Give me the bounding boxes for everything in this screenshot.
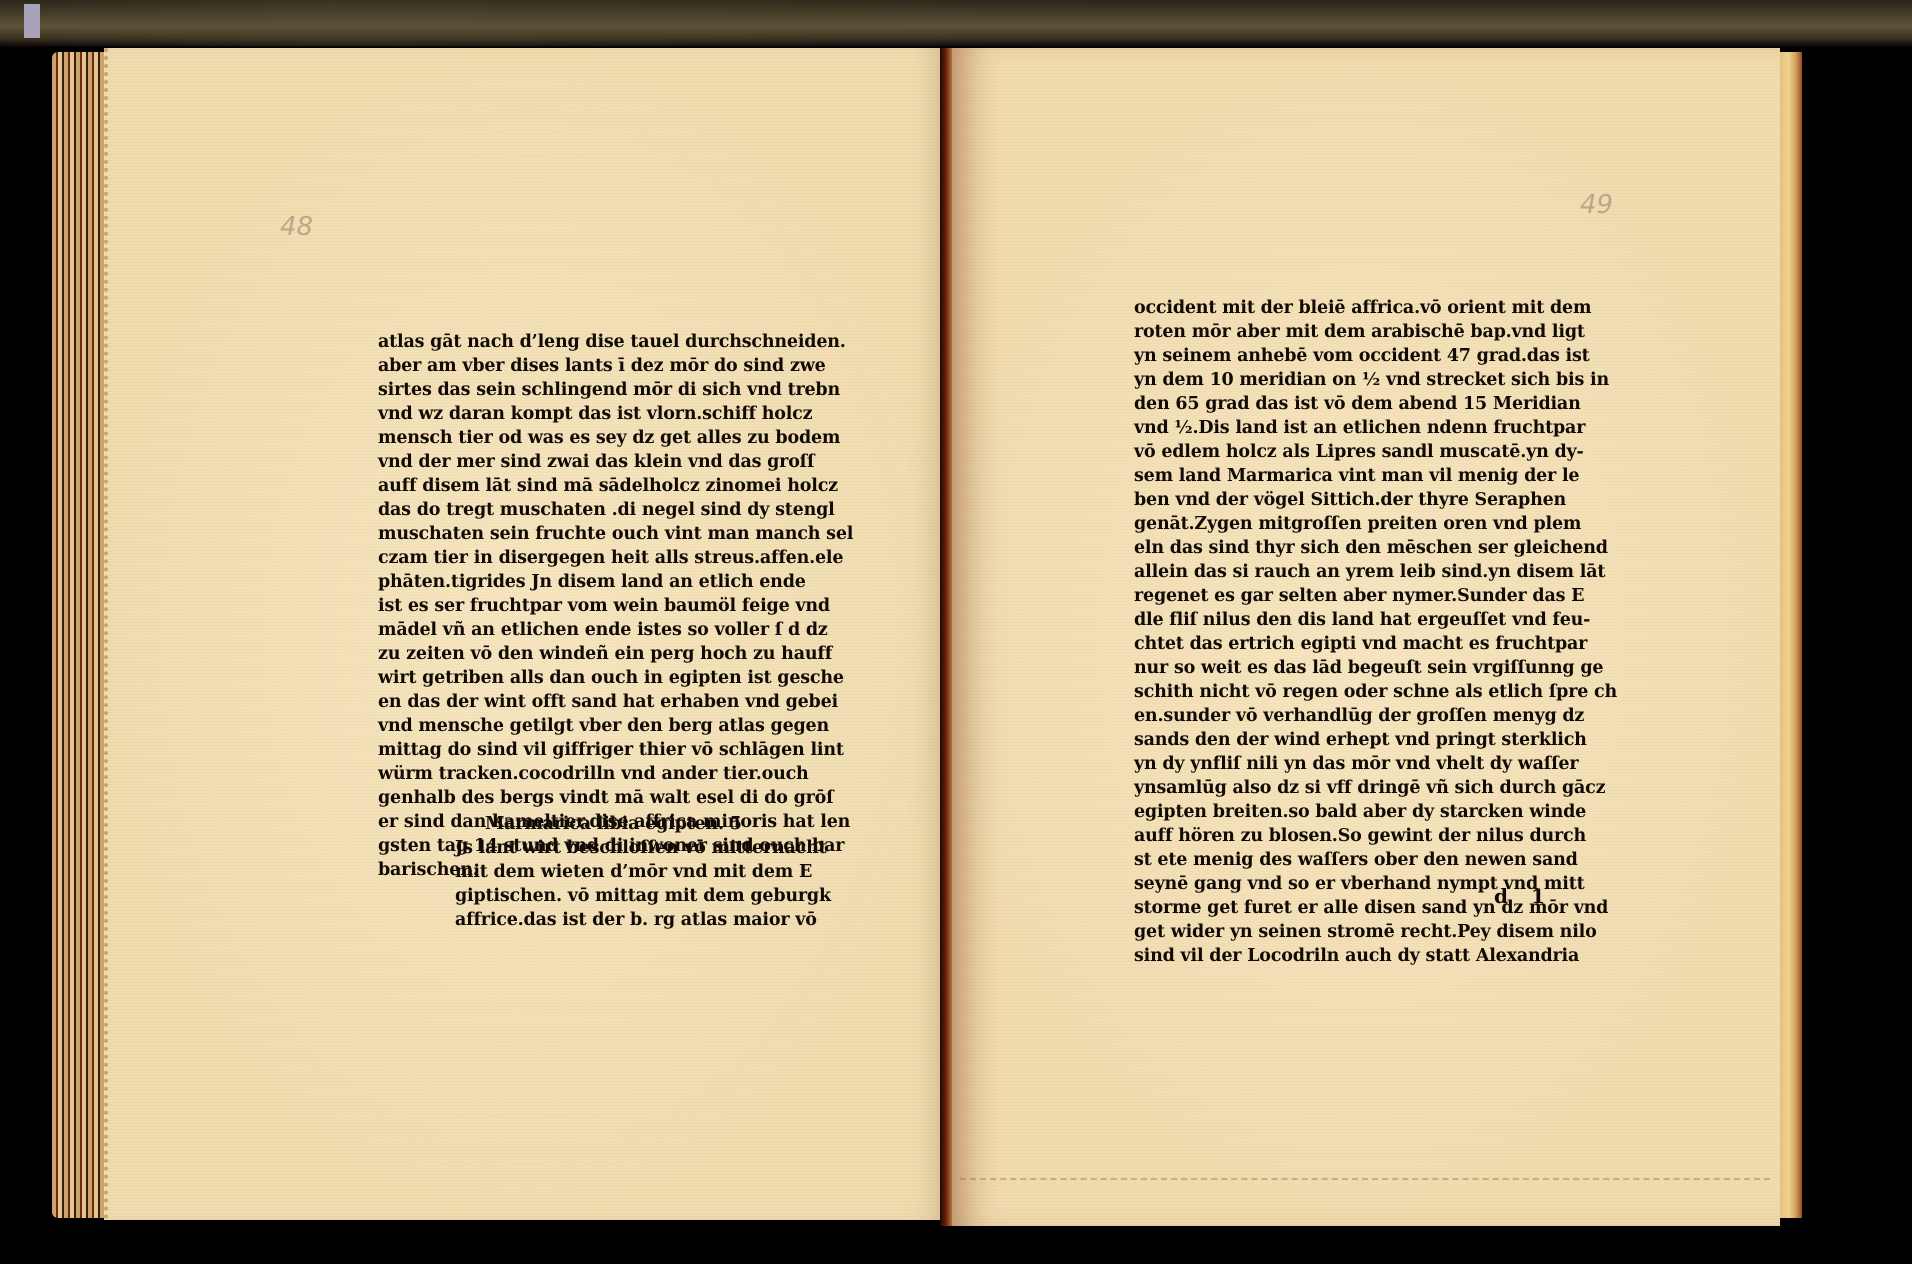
text-line: ben vnd der vögel Sittich.der thyre Sera… xyxy=(1134,488,1617,512)
text-line: occident mit der bleiē affrica.vō orient… xyxy=(1134,296,1617,320)
text-line: giptischen. vō mittag mit dem geburgk xyxy=(455,884,831,908)
text-line: phāten.tigrides Jn disem land an etlich … xyxy=(378,570,853,594)
text-line: dle fliſ nilus den dis land hat ergeuſſe… xyxy=(1134,608,1617,632)
section-heading: Marmarica libia egipten. 5 xyxy=(455,812,831,836)
text-line: chtet das ertrich egipti vnd macht es fr… xyxy=(1134,632,1617,656)
right-page-edges xyxy=(1780,52,1802,1218)
text-line: yn dem 10 meridian on ½ vnd strecket sic… xyxy=(1134,368,1617,392)
text-line: mensch tier od was es sey dz get alles z… xyxy=(378,426,853,450)
text-line: allein das si rauch an yrem leib sind.yn… xyxy=(1134,560,1617,584)
right-page-text-block: occident mit der bleiē affrica.vō orient… xyxy=(1134,296,1617,968)
text-line: genāt.Zygen mitgroſſen preiten oren vnd … xyxy=(1134,512,1617,536)
pencil-page-number-left: 48 xyxy=(280,212,313,242)
text-line: egipten breiten.so bald aber dy starcken… xyxy=(1134,800,1617,824)
text-line: muschaten sein fruchte ouch vint man man… xyxy=(378,522,853,546)
left-page-edges xyxy=(52,52,108,1218)
pencil-page-number-right: 49 xyxy=(1580,190,1613,220)
text-line: schith nicht vō regen oder schne als etl… xyxy=(1134,680,1617,704)
text-line: vnd ½.Dis land ist an etlichen ndenn fru… xyxy=(1134,416,1617,440)
signature-mark: d 1 xyxy=(1494,884,1553,908)
text-line: eln das sind thyr sich den mēschen ser g… xyxy=(1134,536,1617,560)
text-line: den 65 grad das ist vō dem abend 15 Meri… xyxy=(1134,392,1617,416)
left-page-section-marmarica: Marmarica libia egipten. 5 Js lant wirt … xyxy=(455,812,831,932)
text-line: en das der wint offt sand hat erhaben vn… xyxy=(378,690,853,714)
left-page-text-block: atlas gāt nach d’leng dise tauel durchsc… xyxy=(378,330,853,882)
text-line: roten mōr aber mit dem arabischē bap.vnd… xyxy=(1134,320,1617,344)
text-line: ynsamlūg also dz si vff dringē vñ sich d… xyxy=(1134,776,1617,800)
text-line: das do tregt muschaten .di negel sind dy… xyxy=(378,498,853,522)
text-line: wirt getriben alls dan ouch in egipten i… xyxy=(378,666,853,690)
text-line: auff disem lāt sind mā sādelholcz zinome… xyxy=(378,474,853,498)
text-line: en.sunder vō verhandlūg der groſſen meny… xyxy=(1134,704,1617,728)
text-line: würm tracken.cocodrilln vnd ander tier.o… xyxy=(378,762,853,786)
text-line: aber am vber dises lants ī dez mōr do si… xyxy=(378,354,853,378)
text-line: atlas gāt nach d’leng dise tauel durchsc… xyxy=(378,330,853,354)
text-line: nur so weit es das lād begeuſt sein vrgi… xyxy=(1134,656,1617,680)
text-line: mit dem wieten d’mōr vnd mit dem E xyxy=(455,860,831,884)
text-line: vō edlem holcz als Lipres sandl muscatē.… xyxy=(1134,440,1617,464)
book-gutter xyxy=(940,48,952,1226)
text-line: auff hören zu blosen.So gewint der nilus… xyxy=(1134,824,1617,848)
text-line: vnd mensche getilgt vber den berg atlas … xyxy=(378,714,853,738)
text-line: sirtes das sein schlingend mōr di sich v… xyxy=(378,378,853,402)
text-line: ist es ser fruchtpar vom wein baumöl fei… xyxy=(378,594,853,618)
open-book: 48 49 atlas gāt nach d’leng dise tauel d… xyxy=(0,0,1912,1264)
text-line: genhalb des bergs vindt mā walt esel di … xyxy=(378,786,853,810)
text-line: yn seinem anhebē vom occident 47 grad.da… xyxy=(1134,344,1617,368)
text-line: vnd der mer sind zwai das klein vnd das … xyxy=(378,450,853,474)
text-line: czam tier in disergegen heit alls streus… xyxy=(378,546,853,570)
deckle-edge xyxy=(960,1178,1770,1194)
text-line: mādel vñ an etlichen ende istes so volle… xyxy=(378,618,853,642)
text-line: sands den der wind erhept vnd pringt ste… xyxy=(1134,728,1617,752)
text-line: regenet es gar selten aber nymer.Sunder … xyxy=(1134,584,1617,608)
text-line: vnd wz daran kompt das ist vlorn.schiff … xyxy=(378,402,853,426)
text-line: Js lant wirt beschloſſen vō mitternacht xyxy=(455,836,831,860)
text-line: affrice.das ist der b. rg atlas maior vō xyxy=(455,908,831,932)
text-line: mittag do sind vil giffriger thier vō sc… xyxy=(378,738,853,762)
text-line: st ete menig des waſſers ober den newen … xyxy=(1134,848,1617,872)
text-line: yn dy ynfliſ nili yn das mōr vnd vhelt d… xyxy=(1134,752,1617,776)
text-line: get wider yn seinen stromē recht.Pey dis… xyxy=(1134,920,1617,944)
text-line: zu zeiten vō den windeñ ein perg hoch zu… xyxy=(378,642,853,666)
text-line: sind vil der Locodriln auch dy statt Ale… xyxy=(1134,944,1617,968)
text-line: sem land Marmarica vint man vil menig de… xyxy=(1134,464,1617,488)
